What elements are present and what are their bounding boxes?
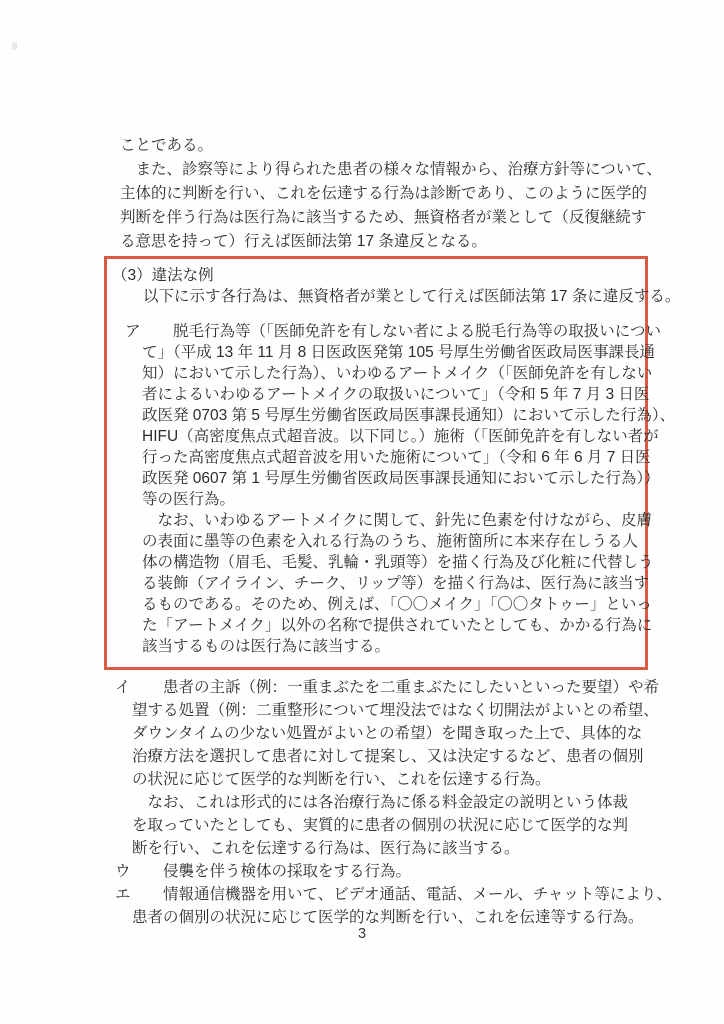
text-line: ことである。 <box>120 134 662 158</box>
text-line: る意思を持って）行えば医師法第 17 条違反となる。 <box>120 230 662 254</box>
text-line: 望する処置（例：二重整形について埋没法ではなく切開法がよいとの希望、 <box>132 699 659 722</box>
text-line: の表面に墨等の色素を入れる行為のうち、施術箇所に本来存在しうる人 <box>142 531 675 552</box>
scan-artifact <box>12 42 17 50</box>
text-line: の状況に応じて医学的な判断を行い、これを伝達する行為。 <box>132 768 659 791</box>
intro-paragraph: ことである。 また、診察等により得られた患者の様々な情報から、治療方針等について… <box>120 134 662 254</box>
items-after-box: イ 患者の主訴（例：一重まぶたを二重まぶたにしたいといった要望）や希 望する処置… <box>115 676 672 929</box>
list-item-i: イ 患者の主訴（例：一重まぶたを二重まぶたにしたいといった要望）や希 望する処置… <box>115 676 672 860</box>
text-line: 知）において示した行為）、いわゆるアートメイク（「医師免許を有しない <box>142 363 675 384</box>
item-marker-a: ア <box>125 321 142 342</box>
item-u-text: 侵襲を伴う検体の採取をする行為。 <box>132 860 411 883</box>
item-a-text: 脱毛行為等（「医師免許を有しない者による脱毛行為等の取扱いについ て」（平成 1… <box>142 321 675 657</box>
text-line: ダウンタイムの少ない処置がよいとの希望）を聞き取った上で、具体的な <box>132 722 659 745</box>
list-item-u: ウ 侵襲を伴う検体の採取をする行為。 <box>115 860 672 883</box>
text-line: 該当するものは医行為に該当する。 <box>142 636 675 657</box>
text-line: て」（平成 13 年 11 月 8 日医政医発第 105 号厚生労働省医政局医事… <box>142 342 675 363</box>
text-line: なお、これは形式的には各治療行為に係る料金設定の説明という体裁 <box>132 791 659 814</box>
item-marker-u: ウ <box>115 860 132 883</box>
text-line: 侵襲を伴う検体の採取をする行為。 <box>132 860 411 883</box>
text-line: るものである。そのため、例えば、「〇〇メイク」「〇〇タトゥー」といっ <box>142 594 675 615</box>
text-line: 判断を伴う行為は医行為に該当するため、無資格者が業として（反復継続す <box>120 206 662 230</box>
text-line: 行った高密度焦点式超音波を用いた施術について」（令和 6 年 6 月 7 日医 <box>142 447 675 468</box>
text-line: 等の医行為。 <box>142 489 675 510</box>
text-line: た「アートメイク」以外の名称で提供されていたとしても、かかる行為に <box>142 615 675 636</box>
item-marker-e: エ <box>115 883 132 906</box>
item-e-text: 情報通信機器を用いて、ビデオ通話、電話、メール、チャット等により、 患者の個別の… <box>132 883 672 929</box>
text-line: を取っていたとしても、実質的に患者の個別の状況に応じて医学的な判 <box>132 814 659 837</box>
text-line: る装飾（アイライン、チーク、リップ等）を描く行為は、医行為に該当す <box>142 573 675 594</box>
text-line: 情報通信機器を用いて、ビデオ通話、電話、メール、チャット等により、 <box>132 883 672 906</box>
text-line: なお、いわゆるアートメイクに関して、針先に色素を付けながら、皮膚 <box>142 510 675 531</box>
text-line: 政医発 0607 第 1 号厚生労働省医政局医事課長通知において示した行為）） <box>142 468 675 489</box>
text-line: 患者の主訴（例：一重まぶたを二重まぶたにしたいといった要望）や希 <box>132 676 659 699</box>
text-line: 政医発 0703 第 5 号厚生労働省医政局医事課長通知）において示した行為）、 <box>142 405 675 426</box>
text-line: 者によるいわゆるアートメイクの取扱いについて」（令和 5 年 7 月 3 日医 <box>142 384 675 405</box>
item-i-text: 患者の主訴（例：一重まぶたを二重まぶたにしたいといった要望）や希 望する処置（例… <box>132 676 659 860</box>
page-number: 3 <box>0 926 724 942</box>
text-line: 治療方法を選択して患者に対して提案し、又は決定するなど、患者の個別 <box>132 745 659 768</box>
highlighted-section-box: （3）違法な例 以下に示す各行為は、無資格者が業として行えば医師法第 17 条に… <box>104 256 648 670</box>
scanned-document-page: ことである。 また、診察等により得られた患者の様々な情報から、治療方針等について… <box>0 0 724 1024</box>
text-line: 体の構造物（眉毛、毛髪、乳輪・乳頭等）を描く行為及び化粧に代替しう <box>142 552 675 573</box>
text-line: 主体的に判断を行い、これを伝達する行為は診断であり、このように医学的 <box>120 182 662 206</box>
item-marker-i: イ <box>115 676 132 699</box>
list-item-e: エ 情報通信機器を用いて、ビデオ通話、電話、メール、チャット等により、 患者の個… <box>115 883 672 929</box>
text-line: HIFU（高密度焦点式超音波。以下同じ。）施術（「医師免許を有しない者が <box>142 426 675 447</box>
text-line: 断を行い、これを伝達する行為は、医行為に該当する。 <box>132 837 659 860</box>
text-line: 脱毛行為等（「医師免許を有しない者による脱毛行為等の取扱いについ <box>142 321 675 342</box>
text-line: また、診察等により得られた患者の様々な情報から、治療方針等について、 <box>120 158 662 182</box>
list-item-a: ア 脱毛行為等（「医師免許を有しない者による脱毛行為等の取扱いについ て」（平成… <box>125 321 645 657</box>
section-lead: 以下に示す各行為は、無資格者が業として行えば医師法第 17 条に違反する。 <box>143 286 645 307</box>
section-heading: （3）違法な例 <box>112 265 645 286</box>
